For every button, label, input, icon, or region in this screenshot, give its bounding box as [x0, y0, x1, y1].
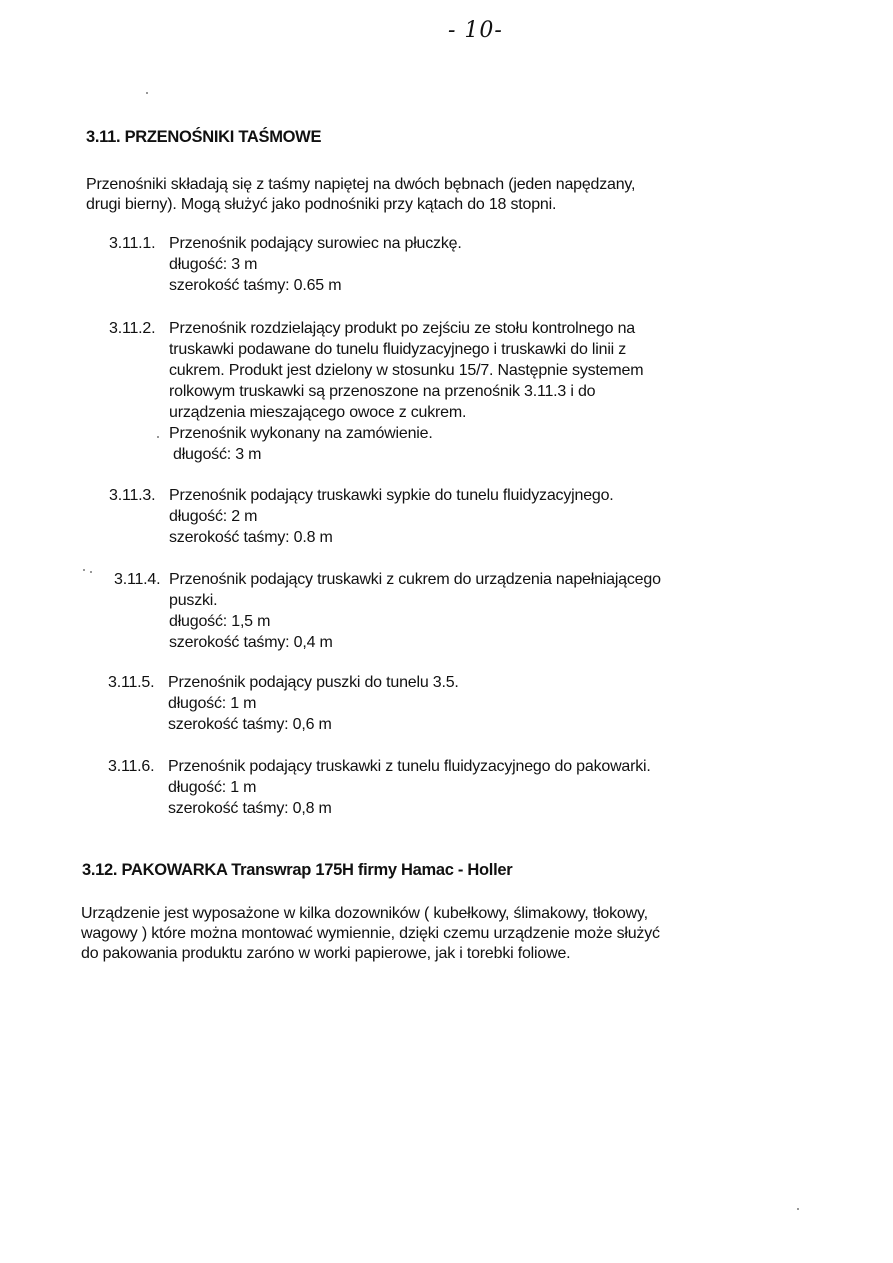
- body-line: Urządzenie jest wyposażone w kilka dozow…: [81, 904, 660, 924]
- item-title: Przenośnik podający puszki do tunelu 3.5…: [168, 674, 459, 691]
- item-spec-length: długość: 3 m: [109, 254, 462, 275]
- item-desc-line: rolkowym truskawki są przenoszone na prz…: [109, 381, 643, 402]
- page-number: - 10-: [448, 18, 503, 43]
- item-title: Przenośnik rozdzielający produkt po zejś…: [169, 320, 635, 337]
- item-spec-length: długość: 3 m: [109, 444, 643, 465]
- item-spec-length: długość: 1 m: [108, 693, 459, 714]
- item-spec-width: szerokość taśmy: 0,6 m: [108, 714, 459, 735]
- item-title: Przenośnik podający truskawki z cukrem d…: [169, 571, 661, 588]
- conveyor-item-3-11-1: 3.11.1.Przenośnik podający surowiec na p…: [109, 233, 462, 296]
- body-line: do pakowania produktu zaróno w worki pap…: [81, 944, 660, 964]
- section-intro-3-11: Przenośniki składają się z taśmy napięte…: [86, 175, 635, 215]
- intro-line: drugi bierny). Mogą służyć jako podnośni…: [86, 195, 635, 215]
- scan-speck: [90, 571, 92, 573]
- conveyor-item-3-11-3: 3.11.3.Przenośnik podający truskawki syp…: [109, 485, 614, 548]
- conveyor-item-3-11-4: 3.11.4.Przenośnik podający truskawki z c…: [114, 569, 661, 653]
- item-spec-length: długość: 1,5 m: [114, 611, 661, 632]
- item-desc-line: Przenośnik wykonany na zamówienie.: [109, 423, 643, 444]
- item-spec-length: długość: 1 m: [108, 777, 651, 798]
- intro-line: Przenośniki składają się z taśmy napięte…: [86, 175, 635, 195]
- conveyor-item-3-11-5: 3.11.5.Przenośnik podający puszki do tun…: [108, 672, 459, 735]
- item-title: Przenośnik podający surowiec na płuczkę.: [169, 235, 462, 252]
- body-line: wagowy ) które można montować wymiennie,…: [81, 924, 660, 944]
- item-desc-line: urządzenia mieszającego owoce z cukrem.: [109, 402, 643, 423]
- item-number: 3.11.4.: [114, 569, 169, 590]
- scan-speck: [83, 569, 85, 571]
- section-heading-3-12: 3.12. PAKOWARKA Transwrap 175H firmy Ham…: [82, 861, 512, 880]
- item-title: Przenośnik podający truskawki z tunelu f…: [168, 758, 651, 775]
- item-number: 3.11.5.: [108, 672, 168, 693]
- scan-speck: [146, 92, 148, 94]
- item-spec-width: szerokość taśmy: 0,4 m: [114, 632, 661, 653]
- section-heading-3-11: 3.11. PRZENOŚNIKI TAŚMOWE: [86, 128, 321, 147]
- item-number: 3.11.6.: [108, 756, 168, 777]
- item-number: 3.11.2.: [109, 318, 169, 339]
- item-desc-line: truskawki podawane do tunelu fluidyzacyj…: [109, 339, 643, 360]
- scan-speck: [797, 1208, 799, 1210]
- item-spec-width: szerokość taśmy: 0,8 m: [108, 798, 651, 819]
- conveyor-item-3-11-2: 3.11.2.Przenośnik rozdzielający produkt …: [109, 318, 643, 465]
- conveyor-item-3-11-6: 3.11.6.Przenośnik podający truskawki z t…: [108, 756, 651, 819]
- scan-speck: [157, 436, 159, 438]
- item-spec-length: długość: 2 m: [109, 506, 614, 527]
- item-number: 3.11.1.: [109, 233, 169, 254]
- item-spec-width: szerokość taśmy: 0.65 m: [109, 275, 462, 296]
- item-desc-line: puszki.: [114, 590, 661, 611]
- item-title: Przenośnik podający truskawki sypkie do …: [169, 487, 614, 504]
- section-body-3-12: Urządzenie jest wyposażone w kilka dozow…: [81, 904, 660, 964]
- item-desc-line: cukrem. Produkt jest dzielony w stosunku…: [109, 360, 643, 381]
- item-number: 3.11.3.: [109, 485, 169, 506]
- item-spec-width: szerokość taśmy: 0.8 m: [109, 527, 614, 548]
